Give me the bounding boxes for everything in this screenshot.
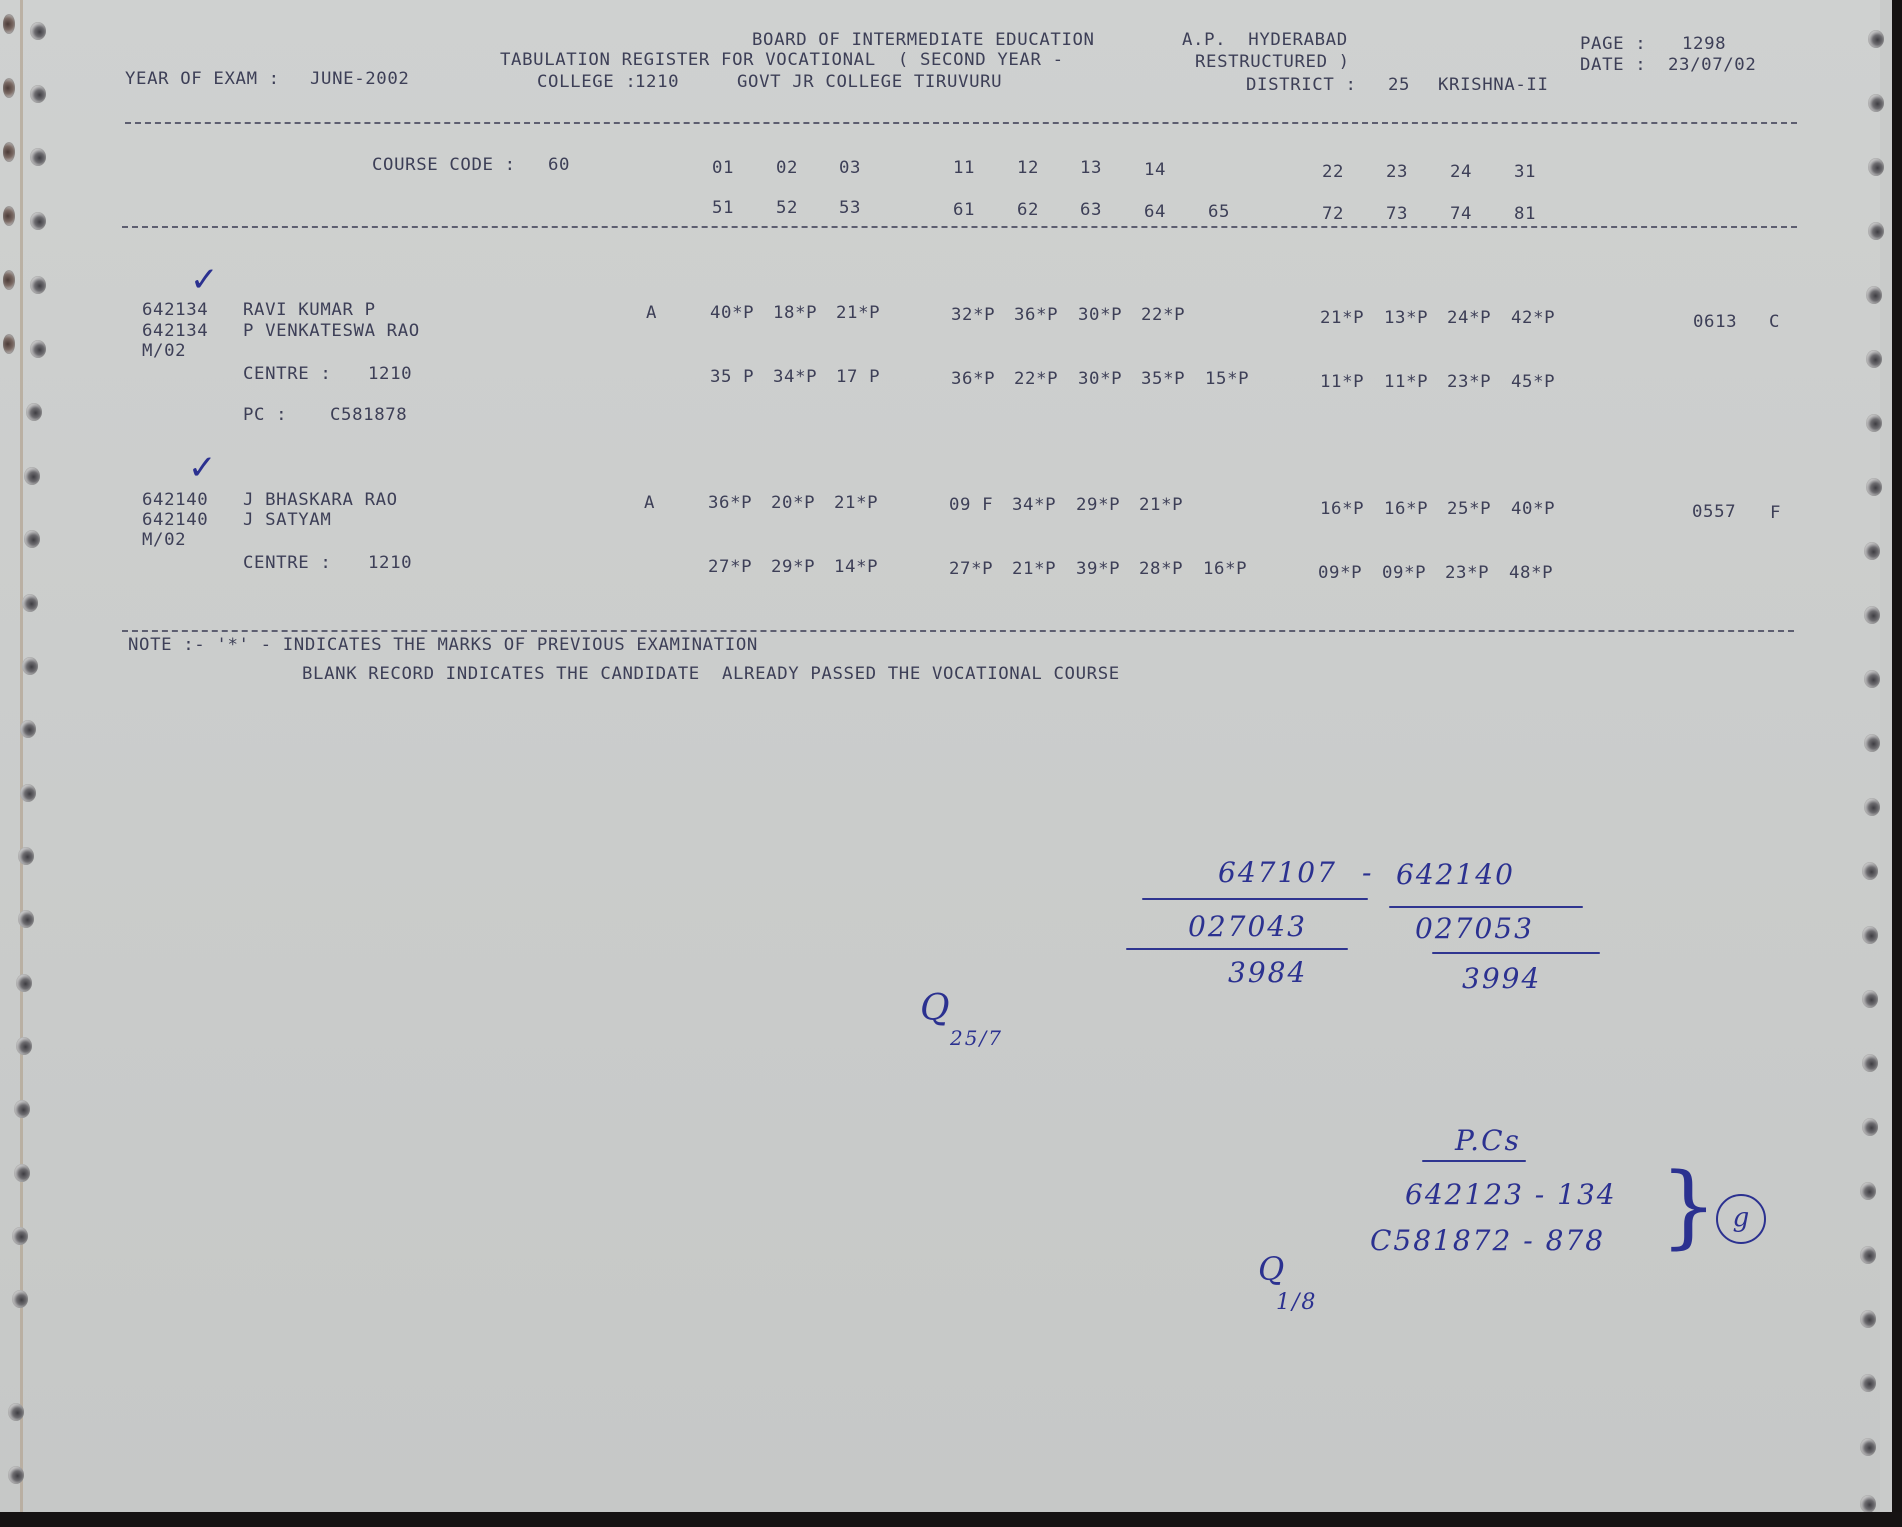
centre-label: CENTRE :: [243, 553, 331, 573]
mark: 21*P: [1139, 495, 1183, 515]
college-code: 1210: [635, 72, 679, 92]
handwritten-number: 642140: [1396, 858, 1515, 891]
feed-hole: [1860, 1182, 1876, 1200]
underline: [1422, 1160, 1526, 1162]
session: M/02: [142, 530, 186, 550]
subject-code: 62: [1017, 200, 1039, 220]
mark: 09*P: [1382, 563, 1426, 583]
register-title: TABULATION REGISTER FOR VOCATIONAL ( SEC…: [500, 50, 1064, 70]
handwritten-number: 3984: [1228, 956, 1307, 989]
feed-hole: [1866, 478, 1882, 496]
page-label: PAGE :: [1580, 34, 1646, 54]
feed-hole: [1864, 670, 1880, 688]
result-code: C: [1769, 312, 1780, 332]
subject-code: 74: [1450, 204, 1472, 224]
district-code: 25: [1388, 75, 1410, 95]
hall-ticket-number: 642140: [142, 490, 208, 510]
mark: 21*P: [836, 303, 880, 323]
course-code-label: COURSE CODE :: [372, 155, 516, 175]
feed-hole: [1860, 1310, 1876, 1328]
subject-code: 61: [953, 200, 975, 220]
candidate-name: J BHASKARA RAO: [243, 490, 398, 510]
subject-code: 73: [1386, 204, 1408, 224]
feed-hole: [20, 720, 36, 738]
mark: 29*P: [771, 557, 815, 577]
note-line-1: NOTE :- '*' - INDICATES THE MARKS OF PRE…: [128, 635, 758, 655]
feed-hole: [26, 403, 42, 421]
feed-hole: [1868, 30, 1884, 48]
mark: 16*P: [1384, 499, 1428, 519]
feed-hole: [30, 276, 46, 294]
feed-hole: [3, 270, 15, 290]
feed-hole: [1862, 1054, 1878, 1072]
mark: 34*P: [773, 367, 817, 387]
mark: 29*P: [1076, 495, 1120, 515]
mark: 39*P: [1076, 559, 1120, 579]
course-header-divider: [122, 226, 1797, 228]
mark: 24*P: [1447, 308, 1491, 328]
mark: 48*P: [1509, 563, 1553, 583]
feed-hole: [16, 974, 32, 992]
subject-code: 51: [712, 198, 734, 218]
feed-hole: [3, 334, 15, 354]
hall-ticket-number: 642134: [142, 300, 208, 320]
feed-hole: [3, 78, 15, 98]
feed-hole: [3, 142, 15, 162]
mark: 18*P: [773, 303, 817, 323]
total-marks: 0613: [1693, 312, 1737, 332]
feed-hole: [12, 1290, 28, 1308]
feed-hole: [1860, 1438, 1876, 1456]
feed-hole: [1862, 862, 1878, 880]
feed-hole: [1868, 222, 1884, 240]
feed-hole: [30, 85, 46, 103]
feed-hole: [24, 530, 40, 548]
background-edge-right: [1892, 0, 1902, 1527]
registration-number: 642140: [142, 510, 208, 530]
subject-code: 72: [1322, 204, 1344, 224]
subject-code: 14: [1144, 160, 1166, 180]
board-location: A.P. HYDERABAD: [1182, 30, 1348, 50]
feed-hole: [18, 910, 34, 928]
initials-date: 25/7: [950, 1026, 1003, 1050]
pcs-heading: P.Cs: [1455, 1124, 1521, 1157]
brace-icon: }: [1660, 1162, 1717, 1252]
feed-hole: [1864, 606, 1880, 624]
feed-hole: [22, 594, 38, 612]
subject-code: 23: [1386, 162, 1408, 182]
mark: 16*P: [1203, 559, 1247, 579]
subject-code: 31: [1514, 162, 1536, 182]
pc-number: C581878: [330, 405, 407, 425]
mark: 36*P: [708, 493, 752, 513]
subject-code: 03: [839, 158, 861, 178]
feed-hole: [1862, 990, 1878, 1008]
mark: 21*P: [1320, 308, 1364, 328]
subject-code: 52: [776, 198, 798, 218]
college-name: GOVT JR COLLEGE TIRUVURU: [737, 72, 1002, 92]
mark: 27*P: [949, 559, 993, 579]
feed-hole: [8, 1466, 24, 1484]
subject-code: 12: [1017, 158, 1039, 178]
mark: 35 P: [710, 367, 754, 387]
mark: 22*P: [1014, 369, 1058, 389]
feed-hole: [1866, 414, 1882, 432]
feed-hole: [1862, 1118, 1878, 1136]
feed-hole: [1866, 350, 1882, 368]
underline: [1126, 948, 1348, 950]
feed-hole: [1860, 1374, 1876, 1392]
year-of-exam-value: JUNE-2002: [310, 69, 409, 89]
subject-code: 22: [1322, 162, 1344, 182]
mark: 40*P: [1511, 499, 1555, 519]
mark: 09 F: [949, 495, 993, 515]
mark: 16*P: [1320, 499, 1364, 519]
feed-hole: [30, 212, 46, 230]
underline: [1389, 906, 1583, 908]
father-name: P VENKATESWA RAO: [243, 321, 420, 341]
header-divider: [125, 122, 1797, 124]
subject-code: 53: [839, 198, 861, 218]
mark: 23*P: [1447, 372, 1491, 392]
mark: 34*P: [1012, 495, 1056, 515]
handwritten-dash: -: [1362, 856, 1373, 889]
mark: 09*P: [1318, 563, 1362, 583]
feed-hole: [22, 657, 38, 675]
subject-code: 11: [953, 158, 975, 178]
mark: 13*P: [1384, 308, 1428, 328]
feed-hole: [30, 22, 46, 40]
mark: 21*P: [834, 493, 878, 513]
mark: 32*P: [951, 305, 995, 325]
feed-hole: [1864, 542, 1880, 560]
subject-code: 13: [1080, 158, 1102, 178]
printout-paper: BOARD OF INTERMEDIATE EDUCATION A.P. HYD…: [0, 0, 1880, 1512]
course-code-value: 60: [548, 155, 570, 175]
mark: 21*P: [1012, 559, 1056, 579]
handwritten-number: 3994: [1462, 962, 1541, 995]
handwritten-number: 647107: [1218, 856, 1337, 889]
subject-code: 24: [1450, 162, 1472, 182]
subject-code: 64: [1144, 202, 1166, 222]
checkmark-icon: ✓: [190, 260, 219, 300]
mark: 14*P: [834, 557, 878, 577]
checkmark-icon: ✓: [188, 448, 217, 488]
feed-hole: [1868, 94, 1884, 112]
registration-number: 642134: [142, 321, 208, 341]
page-number: 1298: [1682, 34, 1726, 54]
feed-hole: [18, 847, 34, 865]
initials-signature: Q: [920, 988, 952, 1029]
subject-code: 02: [776, 158, 798, 178]
feed-hole: [1860, 1495, 1876, 1513]
date-label: DATE :: [1580, 55, 1646, 75]
feed-hole: [1864, 734, 1880, 752]
feed-hole: [1862, 926, 1878, 944]
feed-hole: [1866, 286, 1882, 304]
feed-hole: [30, 148, 46, 166]
mark: 27*P: [708, 557, 752, 577]
session: M/02: [142, 341, 186, 361]
mark: 30*P: [1078, 305, 1122, 325]
feed-hole: [1864, 798, 1880, 816]
feed-hole: [20, 784, 36, 802]
mark: 45*P: [1511, 372, 1555, 392]
centre-code: 1210: [368, 553, 412, 573]
mark: 36*P: [1014, 305, 1058, 325]
feed-hole: [16, 1037, 32, 1055]
initials-date: 1/8: [1276, 1290, 1317, 1315]
centre-code: 1210: [368, 364, 412, 384]
medium: A: [646, 303, 657, 323]
feed-hole: [1860, 1246, 1876, 1264]
board-title: BOARD OF INTERMEDIATE EDUCATION: [752, 30, 1095, 50]
district-name: KRISHNA-II: [1438, 75, 1549, 95]
print-date: 23/07/02: [1668, 55, 1756, 75]
note-line-2: BLANK RECORD INDICATES THE CANDIDATE ALR…: [302, 664, 1120, 684]
subject-code: 63: [1080, 200, 1102, 220]
pcs-line-1: 642123 - 134: [1405, 1178, 1617, 1211]
medium: A: [644, 493, 655, 513]
mark: 30*P: [1078, 369, 1122, 389]
background-edge-bottom: [0, 1512, 1902, 1527]
feed-hole: [24, 467, 40, 485]
feed-hole: [3, 206, 15, 226]
total-marks: 0557: [1692, 502, 1736, 522]
mark: 11*P: [1320, 372, 1364, 392]
feed-hole: [30, 340, 46, 358]
mark: 15*P: [1205, 369, 1249, 389]
feed-hole: [1868, 158, 1884, 176]
candidate-name: RAVI KUMAR P: [243, 300, 376, 320]
circled-mark: g: [1716, 1194, 1766, 1244]
feed-hole: [8, 1403, 24, 1421]
records-divider: [122, 630, 1794, 632]
mark: 22*P: [1141, 305, 1185, 325]
feed-hole: [12, 1227, 28, 1245]
underline: [1142, 898, 1368, 900]
district-label: DISTRICT :: [1246, 75, 1357, 95]
mark: 17 P: [836, 367, 880, 387]
mark: 36*P: [951, 369, 995, 389]
college-label: COLLEGE :: [537, 72, 636, 92]
pcs-line-2: C581872 - 878: [1370, 1224, 1605, 1257]
feed-hole: [3, 14, 15, 34]
initials-signature: Q: [1258, 1250, 1286, 1288]
feed-hole: [14, 1100, 30, 1118]
centre-label: CENTRE :: [243, 364, 331, 384]
mark: 40*P: [710, 303, 754, 323]
mark: 35*P: [1141, 369, 1185, 389]
handwritten-number: 027053: [1415, 912, 1534, 945]
result-code: F: [1770, 503, 1781, 523]
subject-code: 81: [1514, 204, 1536, 224]
underline: [1432, 952, 1600, 954]
mark: 11*P: [1384, 372, 1428, 392]
mark: 20*P: [771, 493, 815, 513]
register-suffix: RESTRUCTURED ): [1195, 52, 1350, 72]
feed-hole: [14, 1164, 30, 1182]
subject-code: 65: [1208, 202, 1230, 222]
pc-label: PC :: [243, 405, 287, 425]
father-name: J SATYAM: [243, 510, 331, 530]
mark: 28*P: [1139, 559, 1183, 579]
handwritten-number: 027043: [1188, 910, 1307, 943]
mark: 23*P: [1445, 563, 1489, 583]
mark: 42*P: [1511, 308, 1555, 328]
mark: 25*P: [1447, 499, 1491, 519]
year-of-exam-label: YEAR OF EXAM :: [125, 69, 280, 89]
subject-code: 01: [712, 158, 734, 178]
